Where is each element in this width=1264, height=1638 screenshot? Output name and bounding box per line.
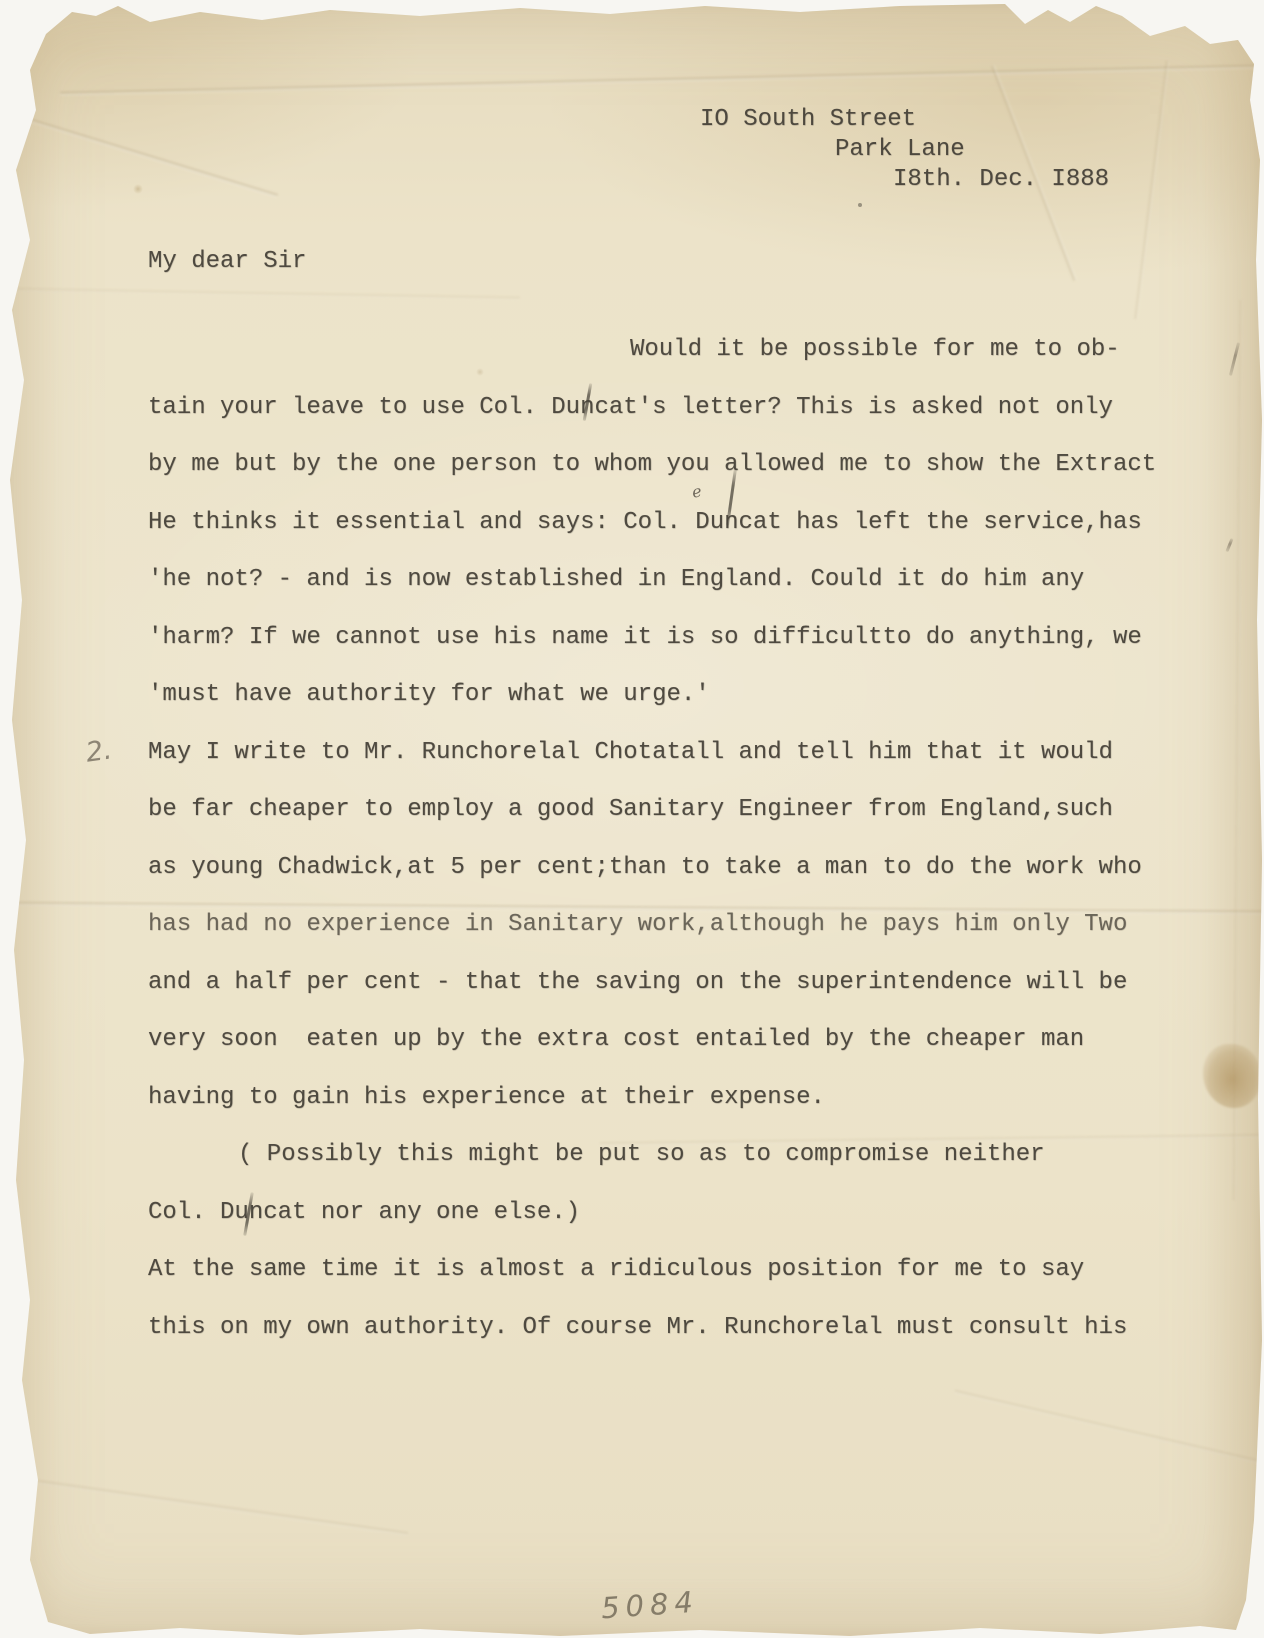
letter-line: this on my own authority. Of course Mr. …	[148, 1299, 1156, 1357]
margin-tick-mark	[1225, 538, 1233, 552]
catalog-page-number: 5084	[600, 1585, 700, 1626]
letter-line: and a half per cent - that the saving on…	[148, 954, 1156, 1012]
stray-ink-dot	[858, 203, 862, 207]
letter-line: having to gain his experience at their e…	[148, 1069, 1156, 1127]
paper-crease	[0, 1472, 408, 1536]
letter-line: very soon eaten up by the extra cost ent…	[148, 1011, 1156, 1069]
letter-line: He thinks it essential and says: Col. Du…	[148, 494, 1156, 552]
letter-line: as young Chadwick,at 5 per cent;than to …	[148, 839, 1156, 897]
paper-stain	[1203, 1044, 1261, 1108]
letter-line: 'must have authority for what we urge.'	[148, 666, 1156, 724]
letter-line: May I write to Mr. Runchorelal Chotatall…	[148, 724, 1156, 782]
letter-line: be far cheaper to employ a good Sanitary…	[148, 781, 1156, 839]
scanned-letter-page: { "letter": { "header": { "address_line1…	[0, 0, 1264, 1638]
address-line-2: Park Lane	[835, 135, 1264, 165]
paper-crease	[954, 1390, 1264, 1475]
paper-crease	[60, 64, 1264, 95]
letter-line: tain your leave to use Col. Duncat's let…	[148, 379, 1156, 437]
letter-line: by me but by the one person to whom you …	[148, 436, 1156, 494]
salutation: My dear Sir	[148, 242, 306, 282]
letter-line: At the same time it is almost a ridiculo…	[148, 1241, 1156, 1299]
letter-header: IO South Street Park Lane I8th. Dec. I88…	[0, 105, 1264, 195]
letter-line: Would it be possible for me to ob-	[148, 321, 1156, 379]
letter-paper: IO South Street Park Lane I8th. Dec. I88…	[0, 0, 1264, 1638]
paper-crease	[0, 287, 520, 300]
letter-line: ( Possibly this might be put so as to co…	[148, 1126, 1156, 1184]
letter-line: 'harm? If we cannot use his name it is s…	[148, 609, 1156, 667]
letter-line: 'he not? - and is now established in Eng…	[148, 551, 1156, 609]
address-line-1: IO South Street	[700, 105, 1264, 135]
date-line: I8th. Dec. I888	[893, 165, 1264, 195]
margin-paragraph-number: 2.	[84, 734, 114, 768]
margin-tick-mark	[1229, 342, 1240, 376]
letter-body: Would it be possible for me to ob- tain …	[148, 321, 1156, 1356]
letter-line: has had no experience in Sanitary work,a…	[148, 896, 1156, 954]
letter-line: Col. Duncat nor any one else.)	[148, 1184, 1156, 1242]
